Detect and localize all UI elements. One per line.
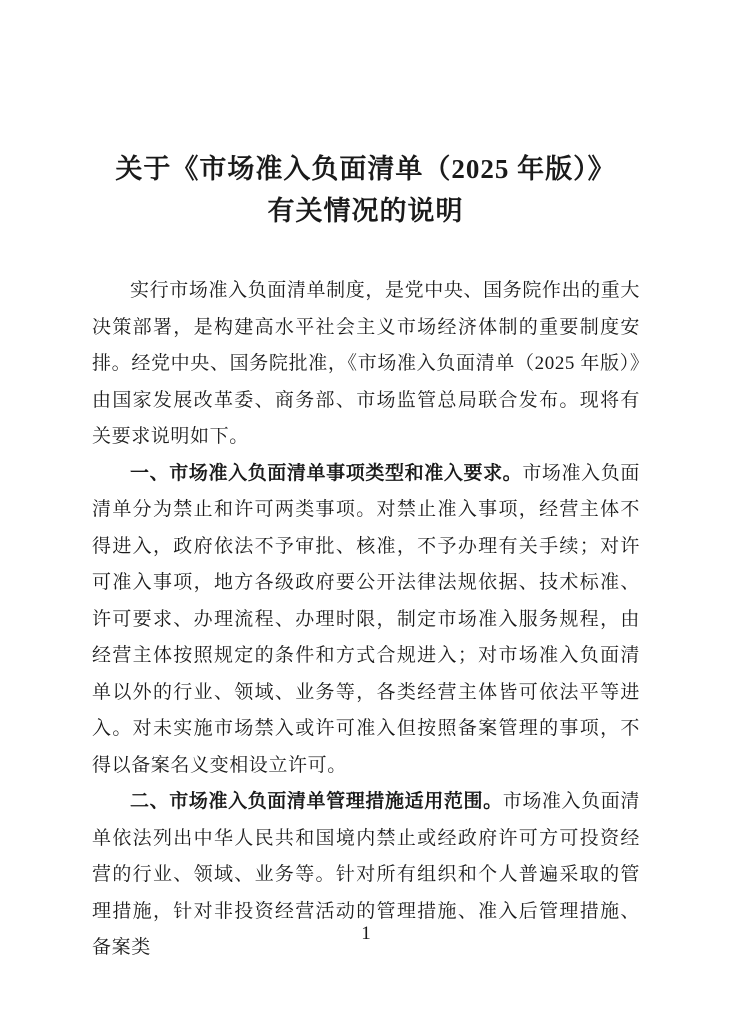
page-number: 1 xyxy=(92,920,640,948)
paragraph-section-heading: 一、市场准入负面清单事项类型和准入要求。 xyxy=(130,463,522,484)
document-body: 实行市场准入负面清单制度，是党中央、国务院作出的重大决策部署，是构建高水平社会主… xyxy=(92,273,640,967)
paragraph-text: 实行市场准入负面清单制度，是党中央、国务院作出的重大决策部署，是构建高水平社会主… xyxy=(92,280,640,447)
paragraph-text: 市场准入负面清单分为禁止和许可两类事项。对禁止准入事项，经营主体不得进入，政府依… xyxy=(92,463,640,776)
body-paragraph: 实行市场准入负面清单制度，是党中央、国务院作出的重大决策部署，是构建高水平社会主… xyxy=(92,273,640,456)
document-page: 关于《市场准入负面清单（2025 年版）》 有关情况的说明 实行市场准入负面清单… xyxy=(0,0,731,1032)
paragraph-section-heading: 二、市场准入负面清单管理措施适用范围。 xyxy=(130,791,503,812)
document-title: 关于《市场准入负面清单（2025 年版）》 有关情况的说明 xyxy=(0,0,731,232)
document-title-line-1: 关于《市场准入负面清单（2025 年版）》 xyxy=(0,148,731,190)
body-paragraph: 一、市场准入负面清单事项类型和准入要求。市场准入负面清单分为禁止和许可两类事项。… xyxy=(92,456,640,785)
document-title-line-2: 有关情况的说明 xyxy=(0,190,731,232)
